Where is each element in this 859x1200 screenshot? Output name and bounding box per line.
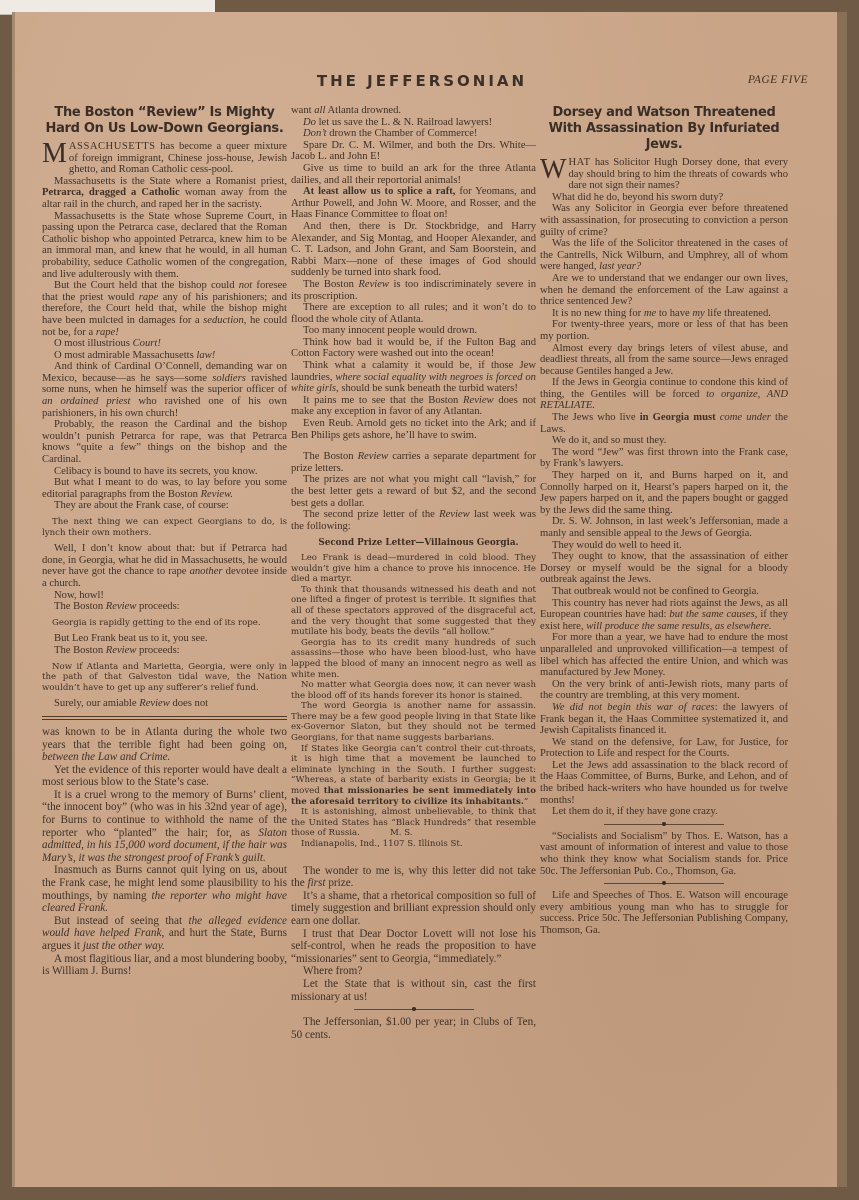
paragraph: This country has never had riots against…	[540, 598, 788, 633]
quoted-excerpt: Now if Atlanta and Marietta, Georgia, we…	[42, 662, 287, 694]
paragraph: We stand on the defensive, for Law, for …	[540, 737, 788, 760]
letter-signature: M. S.	[390, 828, 413, 838]
page-number: PAGE FIVE	[748, 74, 808, 86]
paragraph: Let them do it, if they have gone crazy.	[540, 806, 788, 818]
middle-column: want all Atlanta drowned. Do let us save…	[291, 105, 536, 1041]
paragraph: What did he do, beyond his sworn duty?	[540, 192, 788, 204]
paragraph: The wonder to me is, why this letter did…	[291, 865, 536, 890]
paragraph: Massachusetts is the State where a Roman…	[42, 176, 287, 211]
dot-divider	[354, 1009, 474, 1010]
paragraph: The prizes are not what you might call “…	[291, 474, 536, 509]
paragraph: A most flagitious liar, and a most blund…	[42, 953, 287, 978]
paragraph: And think of Cardinal O’Connell, demandi…	[42, 361, 287, 419]
paragraph: Almost every day brings leters of vilest…	[540, 343, 788, 378]
newspaper-page: THE JEFFERSONIAN PAGE FIVE The Boston “R…	[12, 12, 847, 1187]
paragraph: It pains me to see that the Boston Revie…	[291, 395, 536, 418]
paragraph: Think what a calamity it would be, if th…	[291, 360, 536, 395]
paragraph: Was the life of the Solicitor threatened…	[540, 238, 788, 273]
paragraph: Inasmuch as Burns cannot quit lying on u…	[42, 864, 287, 914]
paragraph: But instead of seeing that the alleged e…	[42, 915, 287, 953]
paragraph: Dr. S. W. Johnson, in last week’s Jeffer…	[540, 516, 788, 539]
paragraph: It is a cruel wrong to the memory of Bur…	[42, 789, 287, 865]
paragraph: It is no new thing for me to have my lif…	[540, 308, 788, 320]
paragraph: Think how bad it would be, if the Fulton…	[291, 337, 536, 360]
paragraph: Celibacy is bound to have its secrets, y…	[42, 466, 287, 478]
paragraph: want all Atlanta drowned.	[291, 105, 536, 117]
paragraph: And then, there is Dr. Stockbridge, and …	[291, 221, 536, 279]
book-advertisement: Life and Speeches of Thos. E. Watson wil…	[540, 890, 788, 936]
paragraph: They are about the Frank case, of course…	[42, 500, 287, 512]
prize-letter: Second Prize Letter—Villainous Georgia. …	[291, 538, 536, 849]
paragraph: O most illustrious Court!	[42, 338, 287, 350]
paragraph: Give us time to build an ark for the thr…	[291, 163, 536, 186]
newspaper-title: THE JEFFERSONIAN	[277, 72, 567, 90]
paragraph: They ought to know, that the assassinati…	[540, 551, 788, 586]
paragraph: The Boston Review is too indiscriminatel…	[291, 279, 536, 302]
paragraph: was known to be in Atlanta during the wh…	[42, 726, 287, 764]
paragraph: We did not begin this war of races: the …	[540, 702, 788, 737]
paragraph: Where from?	[291, 965, 536, 978]
paragraph: They harped on it, and Burns harped on i…	[540, 470, 788, 516]
section-divider	[42, 716, 287, 720]
subscription-notice: The Jeffersonian, $1.00 per year; in Clu…	[291, 1016, 536, 1041]
paragraph: On the very brink of anti-Jewish riots, …	[540, 679, 788, 702]
paragraph: That outbreak would not be confined to G…	[540, 586, 788, 598]
paragraph: The second prize letter of the Review la…	[291, 509, 536, 532]
book-advertisement: “Socialists and Socialism” by Thos. E. W…	[540, 831, 788, 877]
paragraph: Too many innocent people would drown.	[291, 325, 536, 337]
drop-cap: M	[42, 142, 67, 166]
paragraph: Massachusetts is the State whose Supreme…	[42, 211, 287, 281]
paragraph: For twenty-three years, more or less of …	[540, 319, 788, 342]
paragraph: Probably, the reason the Cardinal and th…	[42, 419, 287, 465]
paragraph: We do it, and so must they.	[540, 435, 788, 447]
paragraph: Now, howl!	[42, 590, 287, 602]
paragraph: Are we to understand that we endanger ou…	[540, 273, 788, 308]
paragraph: At least allow us to splice a raft, for …	[291, 186, 536, 221]
paragraph: Don’t drown the Chamber of Commerce!	[291, 128, 536, 140]
scan-frame: THE JEFFERSONIAN PAGE FIVE The Boston “R…	[0, 0, 859, 1200]
article-headline-dorsey-watson: Dorsey and Watson Threatened With Assass…	[540, 105, 788, 153]
paragraph: There are exception to all rules; and it…	[291, 302, 536, 325]
dot-divider	[604, 883, 724, 884]
paragraph: I trust that Dear Doctor Lovett will not…	[291, 928, 536, 966]
paragraph: The Boston Review carries a separate dep…	[291, 451, 536, 474]
paragraph: The word “Jew” was first thrown into the…	[540, 447, 788, 470]
prize-letter-title: Second Prize Letter—Villainous Georgia.	[291, 538, 536, 549]
paragraph: WHAT has Solicitor Hugh Dorsey done, tha…	[540, 157, 788, 192]
paragraph: If the Jews in Georgia continue to condo…	[540, 377, 788, 412]
right-column: Dorsey and Watson Threatened With Assass…	[540, 105, 788, 937]
paragraph: Let the State that is without sin, cast …	[291, 978, 536, 1003]
paragraph: They would do well to heed it.	[540, 540, 788, 552]
paragraph: Spare Dr. C. M. Wilmer, and both the Drs…	[291, 140, 536, 163]
paragraph: Let the Jews add assassination to the bl…	[540, 760, 788, 806]
masthead: THE JEFFERSONIAN PAGE FIVE	[15, 72, 850, 96]
paragraph: Do let us save the L. & N. Railroad lawy…	[291, 117, 536, 129]
drop-cap: W	[540, 158, 566, 182]
paragraph: The Jews who live in Georgia must come u…	[540, 412, 788, 435]
paragraph: But the Court held that the bishop could…	[42, 280, 287, 338]
paragraph: MASSACHUSETTS has become a queer mixture…	[42, 141, 287, 176]
paragraph: Was any Solicitor in Georgia ever before…	[540, 203, 788, 238]
paragraph: Surely, our amiable Review does not	[42, 698, 287, 710]
paragraph: The Boston Review proceeds:	[42, 645, 287, 657]
paragraph: Yet the evidence of this reporter would …	[42, 764, 287, 789]
quoted-excerpt: Georgia is rapidly getting to the end of…	[42, 618, 287, 629]
article-headline-boston-review: The Boston “Review” Is Mighty Hard On Us…	[42, 105, 287, 137]
paragraph: Even Reub. Arnold gets no ticket into th…	[291, 418, 536, 441]
paragraph: But Leo Frank beat us to it, you see.	[42, 633, 287, 645]
quoted-excerpt: The next thing we can expect Georgians t…	[42, 517, 287, 538]
dot-divider	[604, 824, 724, 825]
paragraph: The Boston Review proceeds:	[42, 601, 287, 613]
paragraph: O most admirable Massachusetts law!	[42, 350, 287, 362]
paragraph: For more than a year, we have had to end…	[540, 632, 788, 678]
paragraph: Well, I don’t know about that: but if Pe…	[42, 543, 287, 589]
left-column: The Boston “Review” Is Mighty Hard On Us…	[42, 105, 287, 978]
paragraph: It’s a shame, that a rhetorical composit…	[291, 890, 536, 928]
paragraph: But what I meant to do was, to lay befor…	[42, 477, 287, 500]
